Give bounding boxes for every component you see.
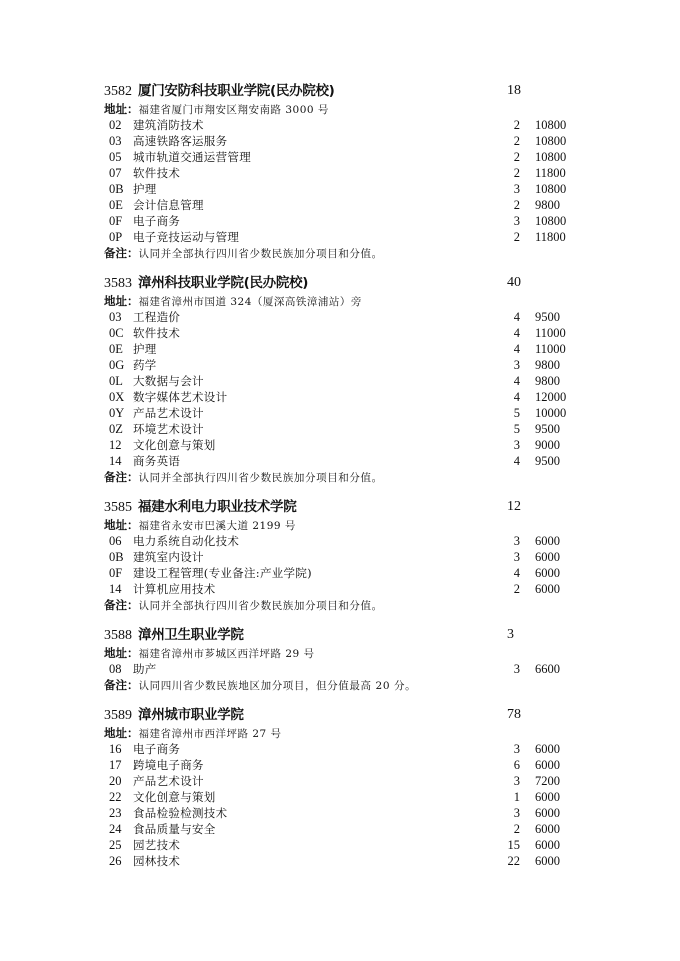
- major-name: 药学: [133, 358, 157, 372]
- school-total-quota: 12: [507, 497, 521, 517]
- school-code: 3589: [104, 708, 132, 723]
- major-fee: 10800: [535, 213, 566, 229]
- school-header: 3589漳州城市职业学院 78: [104, 705, 584, 725]
- major-quota: 6: [514, 757, 520, 773]
- major-name: 计算机应用技术: [133, 582, 216, 596]
- major-code: 02: [109, 117, 133, 133]
- address-text: 福建省永安市巴溪大道 2199 号: [139, 520, 296, 532]
- school-total-quota: 3: [507, 625, 514, 645]
- school-block: 3589漳州城市职业学院 78 地址：福建省漳州市西洋坪路 27 号 16电子商…: [104, 705, 584, 869]
- major-name: 园林技术: [133, 854, 180, 868]
- major-fee: 9000: [535, 437, 560, 453]
- major-fee: 10800: [535, 149, 566, 165]
- school-address: 地址：福建省永安市巴溪大道 2199 号: [104, 517, 584, 533]
- major-row: 20产品艺术设计37200: [104, 773, 584, 789]
- major-quota: 4: [514, 325, 520, 341]
- school-code: 3588: [104, 628, 132, 643]
- address-text: 福建省漳州市国道 324（厦深高铁漳浦站）旁: [139, 296, 362, 308]
- major-fee: 7200: [535, 773, 560, 789]
- school-address: 地址：福建省漳州市芗城区西洋坪路 29 号: [104, 645, 584, 661]
- major-quota: 4: [514, 373, 520, 389]
- major-row: 26园林技术226000: [104, 853, 584, 869]
- school-total-quota: 78: [507, 705, 521, 725]
- school-block: 3588漳州卫生职业学院 3 地址：福建省漳州市芗城区西洋坪路 29 号 08助…: [104, 625, 584, 693]
- major-fee: 9500: [535, 309, 560, 325]
- note-text: 认同四川省少数民族地区加分项目，但分值最高 20 分。: [139, 680, 417, 692]
- major-name: 跨境电子商务: [133, 758, 204, 772]
- school-address: 地址：福建省漳州市西洋坪路 27 号: [104, 725, 584, 741]
- school-name: 漳州城市职业学院: [138, 707, 244, 723]
- major-code: 07: [109, 165, 133, 181]
- major-row: 0Z环境艺术设计59500: [104, 421, 584, 437]
- major-code: 0E: [109, 197, 133, 213]
- major-fee: 10800: [535, 133, 566, 149]
- major-fee: 6000: [535, 565, 560, 581]
- major-row: 0Y产品艺术设计510000: [104, 405, 584, 421]
- major-quota: 3: [514, 181, 520, 197]
- major-quota: 2: [514, 821, 520, 837]
- major-name: 软件技术: [133, 166, 180, 180]
- major-quota: 15: [508, 837, 521, 853]
- school-block: 3583漳州科技职业学院(民办院校) 40 地址：福建省漳州市国道 324（厦深…: [104, 273, 584, 485]
- major-row: 0B建筑室内设计36000: [104, 549, 584, 565]
- school-name: 厦门安防科技职业学院(民办院校): [138, 83, 335, 99]
- major-row: 12文化创意与策划39000: [104, 437, 584, 453]
- major-row: 0F电子商务310800: [104, 213, 584, 229]
- major-row: 0L大数据与会计49800: [104, 373, 584, 389]
- major-name: 电子竞技运动与管理: [133, 230, 239, 244]
- major-name: 建筑室内设计: [133, 550, 204, 564]
- major-name: 电子商务: [133, 214, 180, 228]
- address-label: 地址：: [104, 646, 139, 660]
- major-quota: 4: [514, 453, 520, 469]
- school-code: 3582: [104, 84, 132, 99]
- major-code: 03: [109, 309, 133, 325]
- major-fee: 6000: [535, 853, 560, 869]
- school-header: 3583漳州科技职业学院(民办院校) 40: [104, 273, 584, 293]
- major-name: 数字媒体艺术设计: [133, 390, 227, 404]
- major-name: 护理: [133, 182, 157, 196]
- major-row: 0G药学39800: [104, 357, 584, 373]
- major-quota: 3: [514, 805, 520, 821]
- major-quota: 2: [514, 581, 520, 597]
- major-row: 0X数字媒体艺术设计412000: [104, 389, 584, 405]
- major-quota: 5: [514, 405, 520, 421]
- school-header: 3585福建水利电力职业技术学院 12: [104, 497, 584, 517]
- major-code: 0Z: [109, 421, 133, 437]
- address-label: 地址：: [104, 102, 139, 116]
- major-code: 08: [109, 661, 133, 677]
- major-quota: 3: [514, 661, 520, 677]
- major-name: 高速铁路客运服务: [133, 134, 227, 148]
- major-fee: 10800: [535, 117, 566, 133]
- major-code: 03: [109, 133, 133, 149]
- major-name: 电力系统自动化技术: [133, 534, 239, 548]
- major-code: 14: [109, 453, 133, 469]
- major-row: 0E会计信息管理29800: [104, 197, 584, 213]
- major-code: 0G: [109, 357, 133, 373]
- major-name: 环境艺术设计: [133, 422, 204, 436]
- major-quota: 22: [508, 853, 521, 869]
- note-text: 认同并全部执行四川省少数民族加分项目和分值。: [139, 600, 383, 612]
- major-quota: 3: [514, 533, 520, 549]
- major-row: 14商务英语49500: [104, 453, 584, 469]
- major-quota: 2: [514, 165, 520, 181]
- major-code: 0B: [109, 181, 133, 197]
- major-fee: 6000: [535, 533, 560, 549]
- major-name: 食品质量与安全: [133, 822, 216, 836]
- major-code: 0E: [109, 341, 133, 357]
- major-code: 0C: [109, 325, 133, 341]
- school-code: 3585: [104, 500, 132, 515]
- major-row: 0P电子竞技运动与管理211800: [104, 229, 584, 245]
- major-quota: 4: [514, 341, 520, 357]
- major-fee: 11800: [535, 165, 566, 181]
- major-fee: 9800: [535, 357, 560, 373]
- major-name: 护理: [133, 342, 157, 356]
- major-code: 17: [109, 757, 133, 773]
- major-code: 24: [109, 821, 133, 837]
- major-code: 0B: [109, 549, 133, 565]
- major-name: 工程造价: [133, 310, 180, 324]
- major-fee: 6000: [535, 741, 560, 757]
- major-quota: 2: [514, 197, 520, 213]
- major-name: 电子商务: [133, 742, 180, 756]
- school-name: 漳州科技职业学院(民办院校): [138, 275, 308, 291]
- note-label: 备注：: [104, 678, 139, 692]
- school-total-quota: 40: [507, 273, 521, 293]
- major-row: 16电子商务36000: [104, 741, 584, 757]
- major-row: 05城市轨道交通运营管理210800: [104, 149, 584, 165]
- major-row: 0E护理411000: [104, 341, 584, 357]
- major-name: 建筑消防技术: [133, 118, 204, 132]
- major-code: 12: [109, 437, 133, 453]
- major-fee: 10800: [535, 181, 566, 197]
- major-quota: 3: [514, 741, 520, 757]
- major-name: 文化创意与策划: [133, 438, 216, 452]
- school-block: 3585福建水利电力职业技术学院 12 地址：福建省永安市巴溪大道 2199 号…: [104, 497, 584, 613]
- major-fee: 9800: [535, 197, 560, 213]
- major-code: 25: [109, 837, 133, 853]
- address-text: 福建省漳州市芗城区西洋坪路 29 号: [139, 648, 315, 660]
- major-quota: 4: [514, 309, 520, 325]
- address-label: 地址：: [104, 726, 139, 740]
- school-note: 备注：认同并全部执行四川省少数民族加分项目和分值。: [104, 469, 584, 485]
- major-name: 助产: [133, 662, 157, 676]
- major-fee: 6000: [535, 757, 560, 773]
- major-row: 03高速铁路客运服务210800: [104, 133, 584, 149]
- address-text: 福建省漳州市西洋坪路 27 号: [139, 728, 282, 740]
- note-label: 备注：: [104, 246, 139, 260]
- major-quota: 4: [514, 565, 520, 581]
- major-fee: 9500: [535, 421, 560, 437]
- major-code: 14: [109, 581, 133, 597]
- major-fee: 11000: [535, 325, 566, 341]
- major-row: 14计算机应用技术26000: [104, 581, 584, 597]
- major-fee: 11000: [535, 341, 566, 357]
- major-fee: 12000: [535, 389, 566, 405]
- major-row: 0C软件技术411000: [104, 325, 584, 341]
- major-code: 0P: [109, 229, 133, 245]
- major-name: 软件技术: [133, 326, 180, 340]
- school-total-quota: 18: [507, 81, 521, 101]
- major-row: 0B护理310800: [104, 181, 584, 197]
- major-name: 城市轨道交通运营管理: [133, 150, 251, 164]
- school-header: 3582厦门安防科技职业学院(民办院校) 18: [104, 81, 584, 101]
- school-name: 福建水利电力职业技术学院: [138, 499, 296, 515]
- document-page: 3582厦门安防科技职业学院(民办院校) 18 地址：福建省厦门市翔安区翔安南路…: [0, 0, 680, 961]
- major-code: 0F: [109, 213, 133, 229]
- note-text: 认同并全部执行四川省少数民族加分项目和分值。: [139, 472, 383, 484]
- major-row: 03工程造价49500: [104, 309, 584, 325]
- major-fee: 10000: [535, 405, 566, 421]
- school-code: 3583: [104, 276, 132, 291]
- major-fee: 11800: [535, 229, 566, 245]
- major-code: 26: [109, 853, 133, 869]
- major-row: 24食品质量与安全26000: [104, 821, 584, 837]
- school-address: 地址：福建省漳州市国道 324（厦深高铁漳浦站）旁: [104, 293, 584, 309]
- major-row: 23食品检验检测技术36000: [104, 805, 584, 821]
- major-name: 建设工程管理(专业备注:产业学院): [133, 566, 312, 580]
- major-quota: 3: [514, 213, 520, 229]
- major-name: 产品艺术设计: [133, 406, 204, 420]
- major-code: 05: [109, 149, 133, 165]
- major-code: 0Y: [109, 405, 133, 421]
- note-label: 备注：: [104, 598, 139, 612]
- major-quota: 2: [514, 149, 520, 165]
- major-row: 0F建设工程管理(专业备注:产业学院)46000: [104, 565, 584, 581]
- major-name: 园艺技术: [133, 838, 180, 852]
- major-fee: 9800: [535, 373, 560, 389]
- major-quota: 3: [514, 357, 520, 373]
- major-code: 06: [109, 533, 133, 549]
- major-row: 02建筑消防技术210800: [104, 117, 584, 133]
- major-quota: 4: [514, 389, 520, 405]
- major-name: 文化创意与策划: [133, 790, 216, 804]
- major-quota: 2: [514, 229, 520, 245]
- major-fee: 6000: [535, 789, 560, 805]
- major-quota: 1: [514, 789, 520, 805]
- major-code: 0L: [109, 373, 133, 389]
- major-row: 08助产36600: [104, 661, 584, 677]
- major-row: 17跨境电子商务66000: [104, 757, 584, 773]
- major-code: 22: [109, 789, 133, 805]
- major-quota: 3: [514, 773, 520, 789]
- school-note: 备注：认同四川省少数民族地区加分项目，但分值最高 20 分。: [104, 677, 584, 693]
- major-fee: 6000: [535, 837, 560, 853]
- major-name: 产品艺术设计: [133, 774, 204, 788]
- school-address: 地址：福建省厦门市翔安区翔安南路 3000 号: [104, 101, 584, 117]
- major-fee: 9500: [535, 453, 560, 469]
- school-header: 3588漳州卫生职业学院 3: [104, 625, 584, 645]
- note-label: 备注：: [104, 470, 139, 484]
- major-fee: 6600: [535, 661, 560, 677]
- major-quota: 3: [514, 549, 520, 565]
- major-fee: 6000: [535, 805, 560, 821]
- major-row: 07软件技术211800: [104, 165, 584, 181]
- major-name: 大数据与会计: [133, 374, 204, 388]
- school-note: 备注：认同并全部执行四川省少数民族加分项目和分值。: [104, 597, 584, 613]
- major-fee: 6000: [535, 821, 560, 837]
- note-text: 认同并全部执行四川省少数民族加分项目和分值。: [139, 248, 383, 260]
- major-fee: 6000: [535, 549, 560, 565]
- school-note: 备注：认同并全部执行四川省少数民族加分项目和分值。: [104, 245, 584, 261]
- major-code: 16: [109, 741, 133, 757]
- school-block: 3582厦门安防科技职业学院(民办院校) 18 地址：福建省厦门市翔安区翔安南路…: [104, 81, 584, 261]
- major-row: 06电力系统自动化技术36000: [104, 533, 584, 549]
- major-name: 商务英语: [133, 454, 180, 468]
- major-quota: 3: [514, 437, 520, 453]
- major-code: 20: [109, 773, 133, 789]
- major-fee: 6000: [535, 581, 560, 597]
- major-code: 0F: [109, 565, 133, 581]
- major-quota: 2: [514, 117, 520, 133]
- major-row: 22文化创意与策划16000: [104, 789, 584, 805]
- address-text: 福建省厦门市翔安区翔安南路 3000 号: [139, 104, 329, 116]
- major-name: 食品检验检测技术: [133, 806, 227, 820]
- major-code: 23: [109, 805, 133, 821]
- major-name: 会计信息管理: [133, 198, 204, 212]
- school-name: 漳州卫生职业学院: [138, 627, 244, 643]
- address-label: 地址：: [104, 518, 139, 532]
- major-quota: 5: [514, 421, 520, 437]
- major-row: 25园艺技术156000: [104, 837, 584, 853]
- address-label: 地址：: [104, 294, 139, 308]
- major-code: 0X: [109, 389, 133, 405]
- major-quota: 2: [514, 133, 520, 149]
